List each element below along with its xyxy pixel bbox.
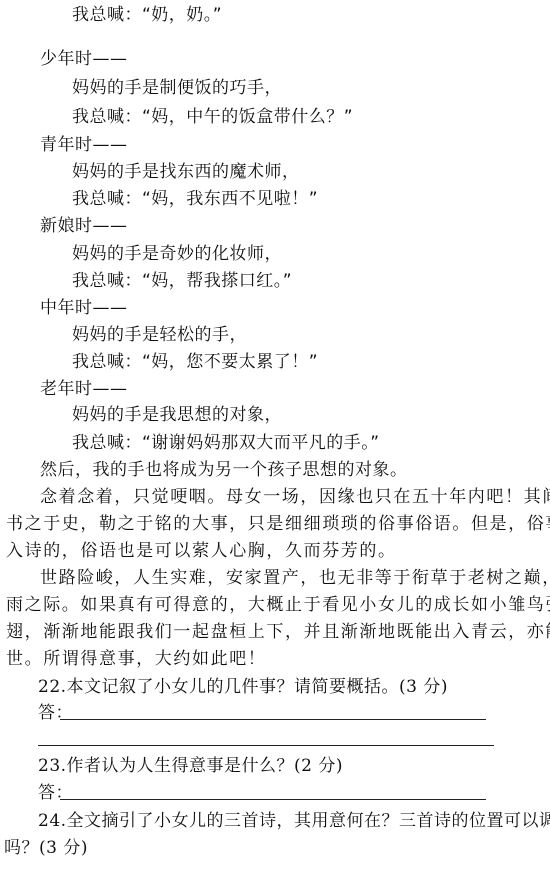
question-23: 23.作者认为人生得意事是什么？(2 分)	[38, 755, 343, 777]
stage-hand-bride: 妈妈的手是奇妙的化妆师，	[72, 243, 282, 265]
question-24-continuation: 吗？(3 分)	[4, 837, 88, 859]
stage-call-young-adult: 我总喊：“妈，我东西不见啦！”	[72, 188, 318, 210]
prose-para2-line2: 雨之际。如果真有可得意的，大概止于看见小女儿的成长如小雏鸟张目振	[6, 594, 550, 616]
stage-label-young-adult: 青年时——	[40, 134, 128, 156]
prose-para1-line3: 入诗的，俗语也是可以萦人心胸，久而芬芳的。	[6, 540, 397, 562]
question-24-text: 全文摘引了小女儿的三首诗，其用意何在？三首诗的位置可以调换	[67, 811, 550, 831]
question-22-text: 本文记叙了小女儿的几件事？请简要概括。(3 分)	[67, 677, 448, 697]
stage-hand-old-age: 妈妈的手是我思想的对象，	[72, 404, 282, 426]
poem-infancy-call: 我总喊：“奶，奶。”	[72, 4, 222, 26]
stage-call-middle-age: 我总喊：“妈，您不要太累了！”	[72, 351, 318, 373]
stage-call-bride: 我总喊：“妈，帮我搽口红。”	[72, 270, 292, 292]
answer-22-label: 答：	[38, 702, 73, 724]
prose-para1-line1: 念着念着，只觉哽咽。母女一场，因缘也只在五十年内吧！其间并无可以	[40, 486, 550, 508]
stage-label-youth: 少年时——	[40, 48, 128, 70]
stage-hand-middle-age: 妈妈的手是轻松的手，	[72, 324, 247, 346]
prose-para1-line2: 书之于史，勒之于铭的大事，只是细细琐琐的俗事俗语。但是，俗事也是可以	[6, 513, 550, 535]
question-23-text: 作者认为人生得意事是什么？(2 分)	[67, 756, 343, 776]
question-23-number: 23.	[38, 756, 67, 776]
answer-22-line-1[interactable]	[60, 719, 486, 720]
stage-hand-young-adult: 妈妈的手是找东西的魔术师，	[72, 161, 300, 183]
answer-23-line[interactable]	[60, 799, 486, 800]
prose-para2-line1: 世路险峻，人生实难，安家置产，也无非等于衔草于老树之巅，结巢于风	[40, 567, 550, 589]
question-24: 24.全文摘引了小女儿的三首诗，其用意何在？三首诗的位置可以调换	[38, 810, 550, 832]
stage-call-youth: 我总喊：“妈，中午的饭盒带什么？”	[72, 106, 353, 128]
poem-closing: 然后，我的手也将成为另一个孩子思想的对象。	[40, 459, 408, 481]
prose-para2-line4: 世。所谓得意事，大约如此吧！	[6, 648, 266, 670]
stage-call-old-age: 我总喊：“谢谢妈妈那双大而平凡的手。”	[72, 432, 380, 454]
question-22-number: 22.	[38, 677, 67, 697]
question-24-number: 24.	[38, 811, 67, 831]
prose-para2-line3: 翅，渐渐地能跟我们一起盘桓上下，并且渐渐地既能出入青云，亦能纵身人	[6, 621, 550, 643]
stage-label-bride: 新娘时——	[40, 215, 128, 237]
stage-label-old-age: 老年时——	[40, 378, 128, 400]
answer-23-label: 答：	[38, 782, 73, 804]
question-22: 22.本文记叙了小女儿的几件事？请简要概括。(3 分)	[38, 676, 448, 698]
stage-hand-youth: 妈妈的手是制便饭的巧手，	[72, 77, 282, 99]
answer-22-line-2[interactable]	[38, 745, 494, 746]
stage-label-middle-age: 中年时——	[40, 297, 128, 319]
